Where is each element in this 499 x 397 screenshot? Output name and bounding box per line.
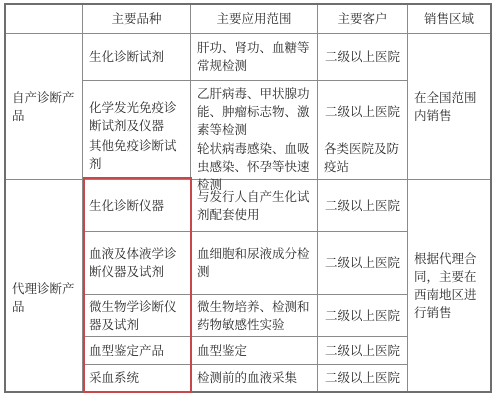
header-application: 主要应用范围 <box>191 5 317 33</box>
customer-cell: 各类医院及防疫站 <box>318 140 407 179</box>
header-customer: 主要客户 <box>318 5 407 33</box>
product-cell: 生化诊断试剂 <box>83 34 190 80</box>
customer-cell: 二级以上医院 <box>318 34 407 80</box>
application-cell: 血细胞和尿液成分检测 <box>191 232 317 294</box>
application-cell: 检测前的血液采集 <box>191 365 317 391</box>
customer-cell: 二级以上医院 <box>318 365 407 391</box>
customer-cell: 二级以上医院 <box>318 81 407 143</box>
category-self-produced: 自产诊断产品 <box>6 34 82 179</box>
product-cell: 其他免疫诊断试剂 <box>83 137 190 179</box>
customer-cell: 二级以上医院 <box>318 295 407 336</box>
application-cell: 乙肝病毒、甲状腺功能、肿瘤标志物、激素等检测 <box>191 81 317 139</box>
application-cell: 与发行人自产生化试剂配套使用 <box>191 180 317 231</box>
header-region: 销售区域 <box>408 5 490 33</box>
product-cell: 采血系统 <box>83 365 190 391</box>
region-self-produced: 在全国范围内销售 <box>408 34 490 179</box>
header-product: 主要品种 <box>83 5 190 33</box>
application-cell: 微生物培养、检测和药物敏感性实验 <box>191 295 317 336</box>
customer-cell: 二级以上医院 <box>318 180 407 231</box>
product-cell: 微生物学诊断仪器及试剂 <box>83 295 190 336</box>
region-agency: 根据代理合同，主要在西南地区进行销售 <box>408 180 490 391</box>
customer-cell: 二级以上医院 <box>318 232 407 294</box>
application-cell: 轮状病毒感染、血吸虫感染、怀孕等快速检测 <box>191 140 317 179</box>
product-cell: 血型鉴定产品 <box>83 337 190 364</box>
product-cell: 生化诊断仪器 <box>83 180 190 231</box>
application-cell: 肝功、肾功、血糖等常规检测 <box>191 34 317 80</box>
customer-cell: 二级以上医院 <box>318 337 407 364</box>
application-cell: 血型鉴定 <box>191 337 317 364</box>
product-cell: 血液及体液学诊断仪器及试剂 <box>83 232 190 294</box>
category-agency: 代理诊断产品 <box>6 205 82 391</box>
product-table: 主要品种 主要应用范围 主要客户 销售区域 自产诊断产品 在全国范围内销售 生化… <box>4 3 492 393</box>
product-cell: 化学发光免疫诊断试剂及仪器 <box>83 81 190 135</box>
